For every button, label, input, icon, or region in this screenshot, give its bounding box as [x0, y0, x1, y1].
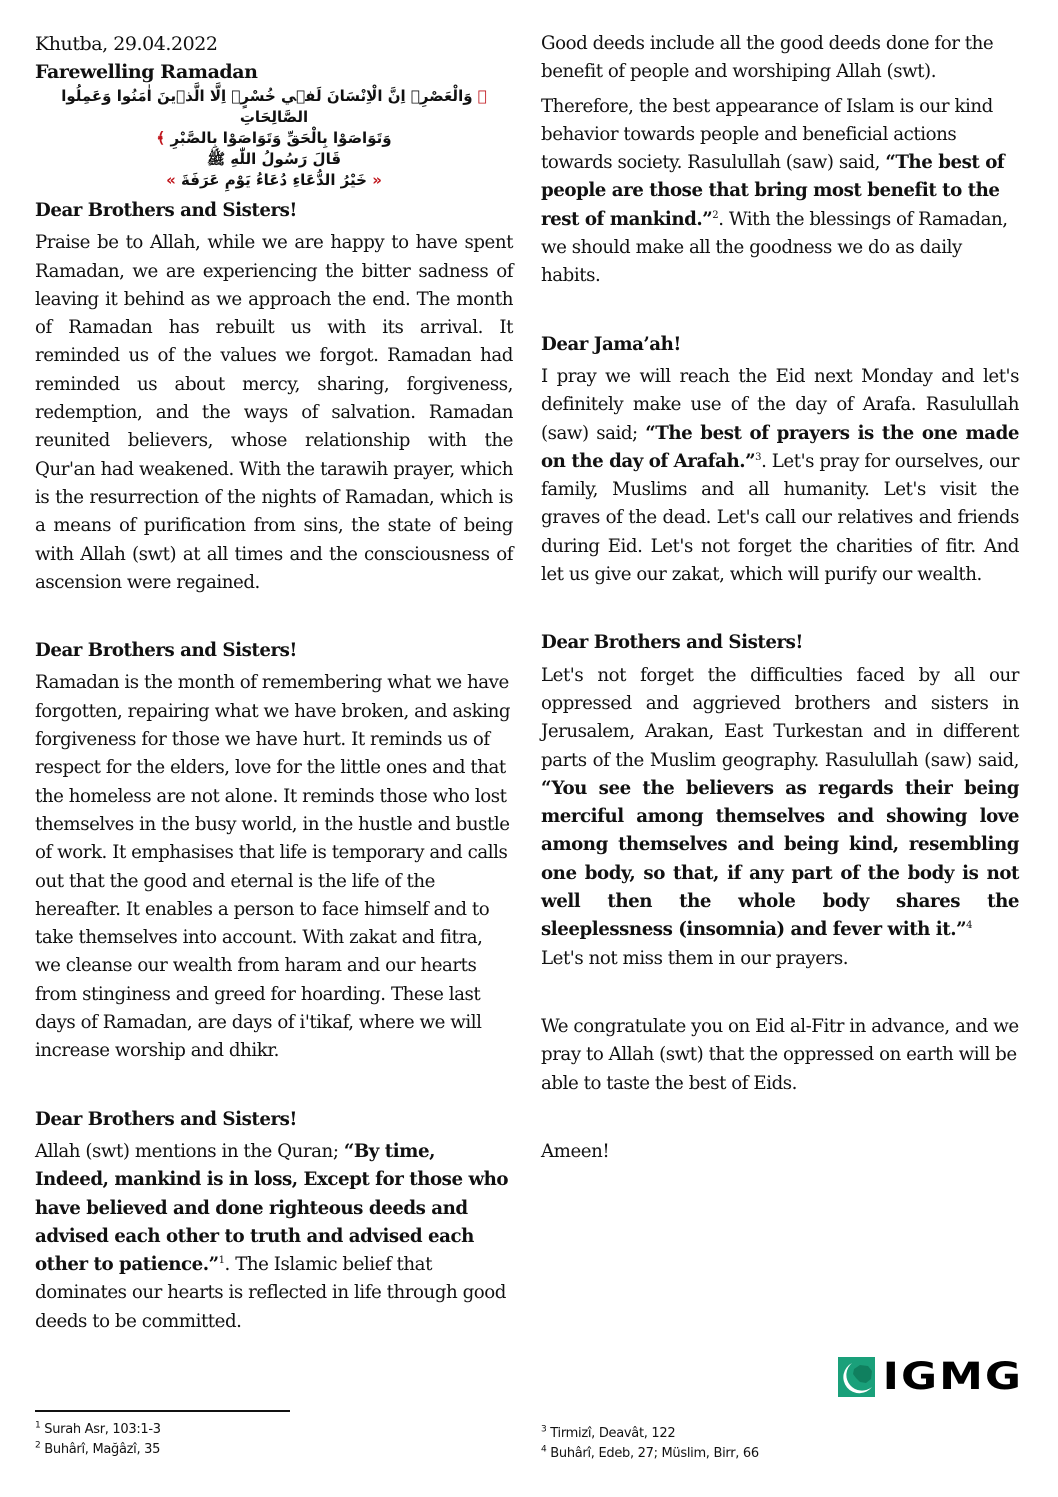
hadith-open-quote: «: [372, 171, 382, 189]
verse-close-bracket: ﴾: [156, 129, 165, 147]
footnote-3: 3 Tirmizî, Deavât, 122: [541, 1424, 759, 1444]
arabic-hadith-text: خَيْرُ الدُّعَاءِ دُعَاءُ يَوْمِ عَرَفَة…: [181, 171, 367, 189]
left-column: Khutba, 29.04.2022 Farewelling Ramadan ﴿…: [35, 30, 513, 1336]
arabic-verse-block: ﴿ وَالْعَصْرِۙ اِنَّ الْاِنْسَانَ لَفٖي …: [35, 86, 513, 191]
khutba-date: Khutba, 29.04.2022: [35, 30, 513, 58]
best-appearance-paragraph: Therefore, the best appearance of Islam …: [541, 93, 1019, 291]
footnote-2: 2 Buhârî, Mağâzî, 35: [35, 1440, 161, 1460]
arabic-hadith-intro: قَالَ رَسُولُ اللّٰهِ ﷺ: [35, 149, 513, 170]
footnotes-right: 3 Tirmizî, Deavât, 122 4 Buhârî, Edeb, 2…: [541, 1424, 759, 1464]
section5-intro: Let's not forget the difficulties faced …: [541, 665, 1019, 771]
section-body-2: Ramadan is the month of remembering what…: [35, 669, 513, 1065]
right-column: Good deeds include all the good deeds do…: [541, 30, 1019, 1166]
good-deeds-paragraph: Good deeds include all the good deeds do…: [541, 30, 1019, 87]
quran-intro: Allah (swt) mentions in the Quran;: [35, 1141, 344, 1162]
section-body-4: I pray we will reach the Eid next Monday…: [541, 363, 1019, 589]
section-body-5: Let's not forget the difficulties faced …: [541, 662, 1019, 945]
section-heading-1: Dear Brothers and Sisters!: [35, 197, 513, 225]
hadith-close-quote: »: [166, 171, 176, 189]
document-title: Farewelling Ramadan: [35, 58, 513, 86]
footnote-1: 1 Surah Asr, 103:1-3: [35, 1420, 161, 1440]
section-body-3: Allah (swt) mentions in the Quran; “By t…: [35, 1138, 513, 1336]
ameen-line: Ameen!: [541, 1138, 1019, 1166]
footnote-4: 4 Buhârî, Edeb, 27; Müslim, Birr, 66: [541, 1444, 759, 1464]
footnote-separator: [35, 1410, 290, 1412]
arabic-verse-text-2: وَتَوَاصَوْا بِالْحَقِّ وَتَوَاصَوْا بِا…: [170, 129, 391, 147]
section-heading-3: Dear Brothers and Sisters!: [35, 1106, 513, 1134]
arabic-verse-line-2: وَتَوَاصَوْا بِالْحَقِّ وَتَوَاصَوْا بِا…: [35, 128, 513, 149]
closing-paragraph: We congratulate you on Eid al-Fitr in ad…: [541, 1013, 1019, 1098]
arabic-hadith-line: « خَيْرُ الدُّعَاءِ دُعَاءُ يَوْمِ عَرَف…: [35, 170, 513, 191]
section5-outro: Let's not miss them in our prayers.: [541, 945, 1019, 973]
section5-quote: “You see the believers as regards their …: [541, 778, 1019, 940]
verse-open-bracket: ﴿: [478, 87, 487, 105]
section-heading-2: Dear Brothers and Sisters!: [35, 637, 513, 665]
footnotes-left: 1 Surah Asr, 103:1-3 2 Buhârî, Mağâzî, 3…: [35, 1420, 161, 1460]
crescent-globe-icon: [838, 1357, 875, 1397]
arabic-verse-text-1: وَالْعَصْرِۙ اِنَّ الْاِنْسَانَ لَفٖي خُ…: [61, 87, 472, 126]
section-heading-4: Dear Jama’ah!: [541, 331, 1019, 359]
section-heading-5: Dear Brothers and Sisters!: [541, 629, 1019, 657]
arabic-verse-line-1: ﴿ وَالْعَصْرِۙ اِنَّ الْاِنْسَانَ لَفٖي …: [35, 86, 513, 128]
igmg-logo: IGMG: [838, 1357, 1023, 1397]
logo-text: IGMG: [883, 1360, 1023, 1394]
section-body-1: Praise be to Allah, while we are happy t…: [35, 229, 513, 597]
footnote-ref-4[interactable]: 4: [966, 920, 972, 931]
